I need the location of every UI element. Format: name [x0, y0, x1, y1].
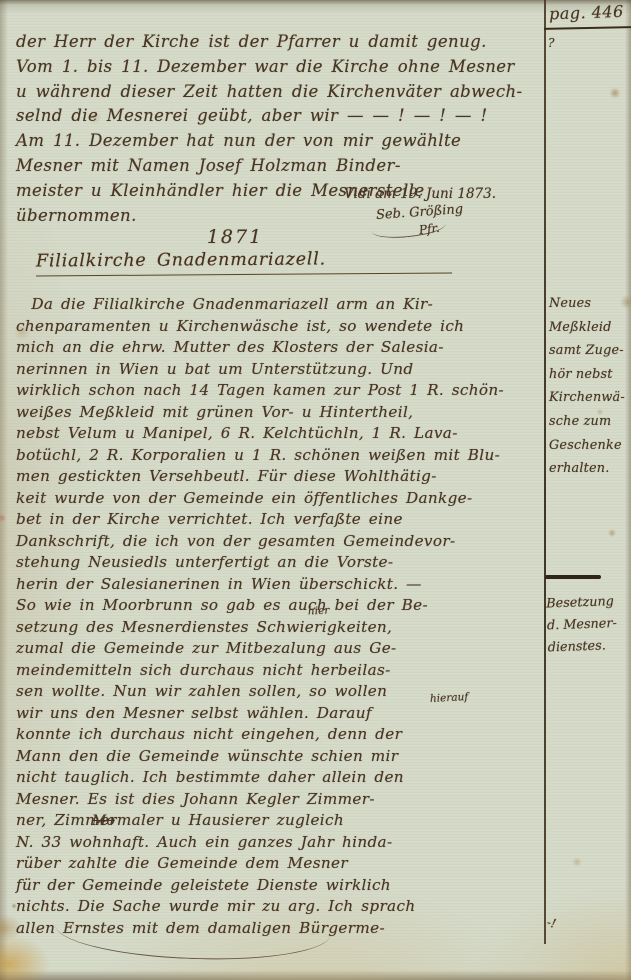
manuscript-line: nichts. Die Sache wurde mir zu arg. Ich …	[16, 896, 554, 918]
manuscript-line: meindemitteln sich durchaus nicht herbei…	[16, 660, 554, 682]
manuscript-line: So wie in Moorbrunn so gab es auch bei d…	[16, 595, 554, 617]
manuscript-line: weißes Meßkleid mit grünen Vor- u Hinter…	[16, 402, 554, 424]
interlinear-insert: hier	[308, 604, 330, 617]
signature: Seb. Größing	[376, 201, 464, 224]
manuscript-line: Mesner. Es ist dies Johann Kegler Zimmer…	[16, 789, 554, 811]
margin-note-line: Geschenke	[549, 434, 629, 458]
main-paragraph: Da die Filialkirche Gnadenmariazell arm …	[16, 294, 554, 939]
margin-note-line: Besetzung	[546, 591, 629, 616]
manuscript-line: chenparamenten u Kirchenwäsche ist, so w…	[16, 316, 554, 338]
manuscript-line: konnte ich durchaus nicht eingehen, denn…	[16, 724, 554, 746]
struck-out-word: Mo	[92, 813, 115, 829]
margin-note-line: d. Mesner-	[547, 613, 630, 638]
manuscript-line: Dankschrift, die ich von der gesamten Ge…	[16, 531, 554, 553]
margin-note-line: sche zum	[549, 410, 629, 434]
manuscript-line: wir uns den Mesner selbst wählen. Darauf	[16, 703, 554, 725]
manuscript-line: Da die Filialkirche Gnadenmariazell arm …	[16, 294, 554, 316]
manuscript-line: u während dieser Zeit hatten die Kirchen…	[16, 80, 550, 105]
manuscript-line: bet in der Kirche verrichtet. Ich verfaß…	[16, 509, 554, 531]
margin-note-line: Kirchenwä-	[549, 386, 629, 410]
manuscript-line: Am 11. Dezember hat nun der von mir gewä…	[16, 129, 550, 154]
manuscript-line: für der Gemeinde geleistete Dienste wirk…	[16, 875, 554, 897]
margin-rule-vertical	[544, 0, 546, 944]
margin-note-sexton: Besetzungd. Mesner-dienstes.	[546, 591, 630, 660]
manuscript-line: der Herr der Kirche ist der Pfarrer u da…	[16, 30, 550, 55]
manuscript-line: zumal die Gemeinde zur Mitbezalung aus G…	[16, 638, 554, 660]
manuscript-line: stehung Neusiedls unterfertigt an die Vo…	[16, 552, 554, 574]
manuscript-line: nebst Velum u Manipel, 6 R. Kelchtüchln,…	[16, 423, 554, 445]
manuscript-line: botüchl, 2 R. Korporalien u 1 R. schönen…	[16, 445, 554, 467]
manuscript-line: keit wurde von der Gemeinde ein öffentli…	[16, 488, 554, 510]
page-number: pag. 446	[549, 2, 630, 24]
manuscript-line: Mann den die Gemeinde wünschte schien mi…	[16, 746, 554, 768]
margin-note-line: hör nebst	[549, 363, 629, 387]
manuscript-page: der Herr der Kirche ist der Pfarrer u da…	[0, 0, 631, 980]
manuscript-line: men gestickten Versehbeutl. Für diese Wo…	[16, 466, 554, 488]
margin-note-line: Meßkleid	[549, 316, 629, 340]
manuscript-line: nicht tauglich. Ich bestimmte daher alle…	[16, 767, 554, 789]
manuscript-line: sen wollte. Nun wir zahlen sollen, so wo…	[16, 681, 554, 703]
margin-note-vestments: NeuesMeßkleidsamt Zuge-hör nebstKirchenw…	[549, 292, 629, 481]
manuscript-line: rüber zahlte die Gemeinde dem Mesner	[16, 853, 554, 875]
manuscript-line: N. 33 wohnhaft. Auch ein ganzes Jahr hin…	[16, 832, 554, 854]
entry-year: 1871	[165, 226, 305, 248]
margin-note-line: Neues	[549, 292, 629, 316]
ink-mark: ?	[548, 36, 554, 50]
ink-mark: -!	[545, 915, 557, 931]
entry-heading: Filialkirche Gnadenmariazell.	[36, 249, 452, 277]
manuscript-line: nerinnen in Wien u bat um Unterstützung.…	[16, 359, 554, 381]
margin-note-line: erhalten.	[549, 457, 629, 481]
manuscript-line: herin der Salesianerinen in Wien übersch…	[16, 574, 554, 596]
margin-note-divider	[545, 575, 601, 579]
manuscript-line: selnd die Mesnerei geübt, aber wir — — !…	[16, 104, 550, 129]
manuscript-line: Vom 1. bis 11. Dezember war die Kirche o…	[16, 55, 550, 80]
margin-note-line: dienstes.	[547, 635, 630, 660]
vidi-date-line: Vidi am 19. Juni 1873.	[295, 186, 545, 203]
page-number-underline	[544, 26, 631, 29]
manuscript-line: mich an die ehrw. Mutter des Klosters de…	[16, 337, 554, 359]
manuscript-line: setzung des Mesnerdienstes Schwierigkeit…	[16, 617, 554, 639]
margin-note-line: samt Zuge-	[549, 339, 629, 363]
manuscript-line: Mesner mit Namen Josef Holzman Binder-	[16, 154, 550, 179]
manuscript-line: wirklich schon nach 14 Tagen kamen zur P…	[16, 380, 554, 402]
interlinear-insert: hierauf	[430, 691, 469, 705]
